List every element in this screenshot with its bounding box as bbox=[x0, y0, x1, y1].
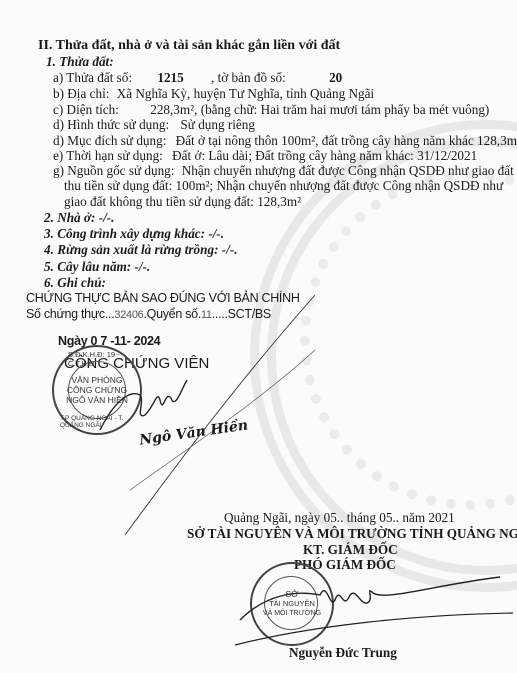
purpose-label: d) Mục đích sử dụng: bbox=[53, 133, 166, 148]
term-row: e) Thời hạn sử dụng: Đất ở: Lâu dài; Đất… bbox=[53, 148, 477, 164]
notes-item: 6. Ghi chú: bbox=[44, 275, 106, 291]
address-row: b) Địa chỉ: Xã Nghĩa Kỳ, huyện Tư Nghĩa,… bbox=[53, 86, 374, 102]
origin-line-3: giao đất không thu tiền sử dụng đất: 128… bbox=[64, 194, 301, 210]
certification-number-prefix: Số chứng thực... bbox=[26, 307, 114, 321]
use-form-label: d) Hình thức sử dụng: bbox=[53, 117, 169, 132]
use-form-row: d) Hình thức sử dụng: Sử dụng riêng bbox=[53, 117, 255, 133]
origin-row: g) Nguồn gốc sử dụng: Nhận chuyển nhượng… bbox=[53, 163, 517, 179]
purpose-value: Đất ở tại nông thôn 100m², đất trồng cây… bbox=[176, 133, 517, 148]
origin-line-1: Nhận chuyển nhượng đất được Công nhận QS… bbox=[182, 163, 517, 178]
parcel-row: a) Thửa đất số: 1215 , tờ bản đồ số: 20 bbox=[53, 70, 342, 86]
origin-label: g) Nguồn gốc sử dụng: bbox=[53, 163, 174, 178]
notary-seal-line-1: VĂN PHÒNG bbox=[71, 375, 122, 385]
issuing-agency: SỞ TÀI NGUYÊN VÀ MÔI TRƯỜNG TỈNH QUẢNG N… bbox=[187, 526, 517, 542]
background-guilloche-inner bbox=[300, 170, 517, 510]
issuer-signature bbox=[215, 575, 515, 650]
agency-seal-line-1: SỞ bbox=[286, 589, 299, 599]
map-sheet-label: , tờ bản đồ số: bbox=[211, 70, 286, 85]
area-value: 228,3m², (bằng chữ: Hai trăm hai mươi tá… bbox=[150, 102, 489, 117]
address-value: Xã Nghĩa Kỳ, huyện Tư Nghĩa, tỉnh Quảng … bbox=[117, 86, 374, 101]
other-construction-item: 3. Công trình xây dựng khác: -/-. bbox=[44, 226, 224, 242]
issue-place-date: Quảng Ngãi, ngày 05.. tháng 05.. năm 202… bbox=[224, 510, 455, 526]
notary-seal-line-3: NGÔ VĂN HIỀN bbox=[66, 395, 128, 405]
term-label: e) Thời hạn sử dụng: bbox=[53, 148, 163, 163]
area-row: c) Diện tích: 228,3m², (bằng chữ: Hai tr… bbox=[53, 102, 489, 118]
purpose-row: d) Mục đích sử dụng: Đất ở tại nông thôn… bbox=[53, 133, 517, 149]
certificate-page: II. Thửa đất, nhà ở và tài sản khác gắn … bbox=[0, 0, 517, 673]
issuer-signer-name: Nguyễn Đức Trung bbox=[289, 645, 397, 661]
notary-seal-line-2: CÔNG CHỨNG bbox=[67, 385, 127, 395]
area-label: c) Diện tích: bbox=[53, 102, 119, 117]
agency-seal-line-2: TÀI NGUYÊN bbox=[269, 599, 315, 609]
house-item: 2. Nhà ở: -/-. bbox=[44, 210, 114, 226]
perennial-item: 5. Cây lâu năm: -/-. bbox=[44, 259, 150, 275]
forest-item: 4. Rừng sản xuất là rừng trồng: -/-. bbox=[44, 242, 238, 258]
address-label: b) Địa chỉ: bbox=[53, 86, 109, 101]
agency-seal-line-3: VÀ MÔI TRƯỜNG bbox=[263, 609, 321, 619]
parcel-label: a) Thửa đất số: bbox=[53, 70, 132, 85]
term-value: Đất ở: Lâu dài; Đất trồng cây hàng năm k… bbox=[172, 148, 477, 163]
use-form-value: Sử dụng riêng bbox=[180, 117, 255, 132]
issuer-role-1: KT. GIÁM ĐỐC bbox=[303, 542, 398, 558]
diagonal-line-mark bbox=[120, 290, 320, 540]
parcel-number: 1215 bbox=[157, 70, 183, 85]
map-sheet-number: 20 bbox=[329, 70, 342, 85]
section-title: II. Thửa đất, nhà ở và tài sản khác gắn … bbox=[38, 38, 340, 54]
origin-line-2: thu tiền sử dụng đất: 100m²; Nhận chuyển… bbox=[64, 178, 503, 194]
land-heading: 1. Thửa đất: bbox=[46, 54, 114, 70]
